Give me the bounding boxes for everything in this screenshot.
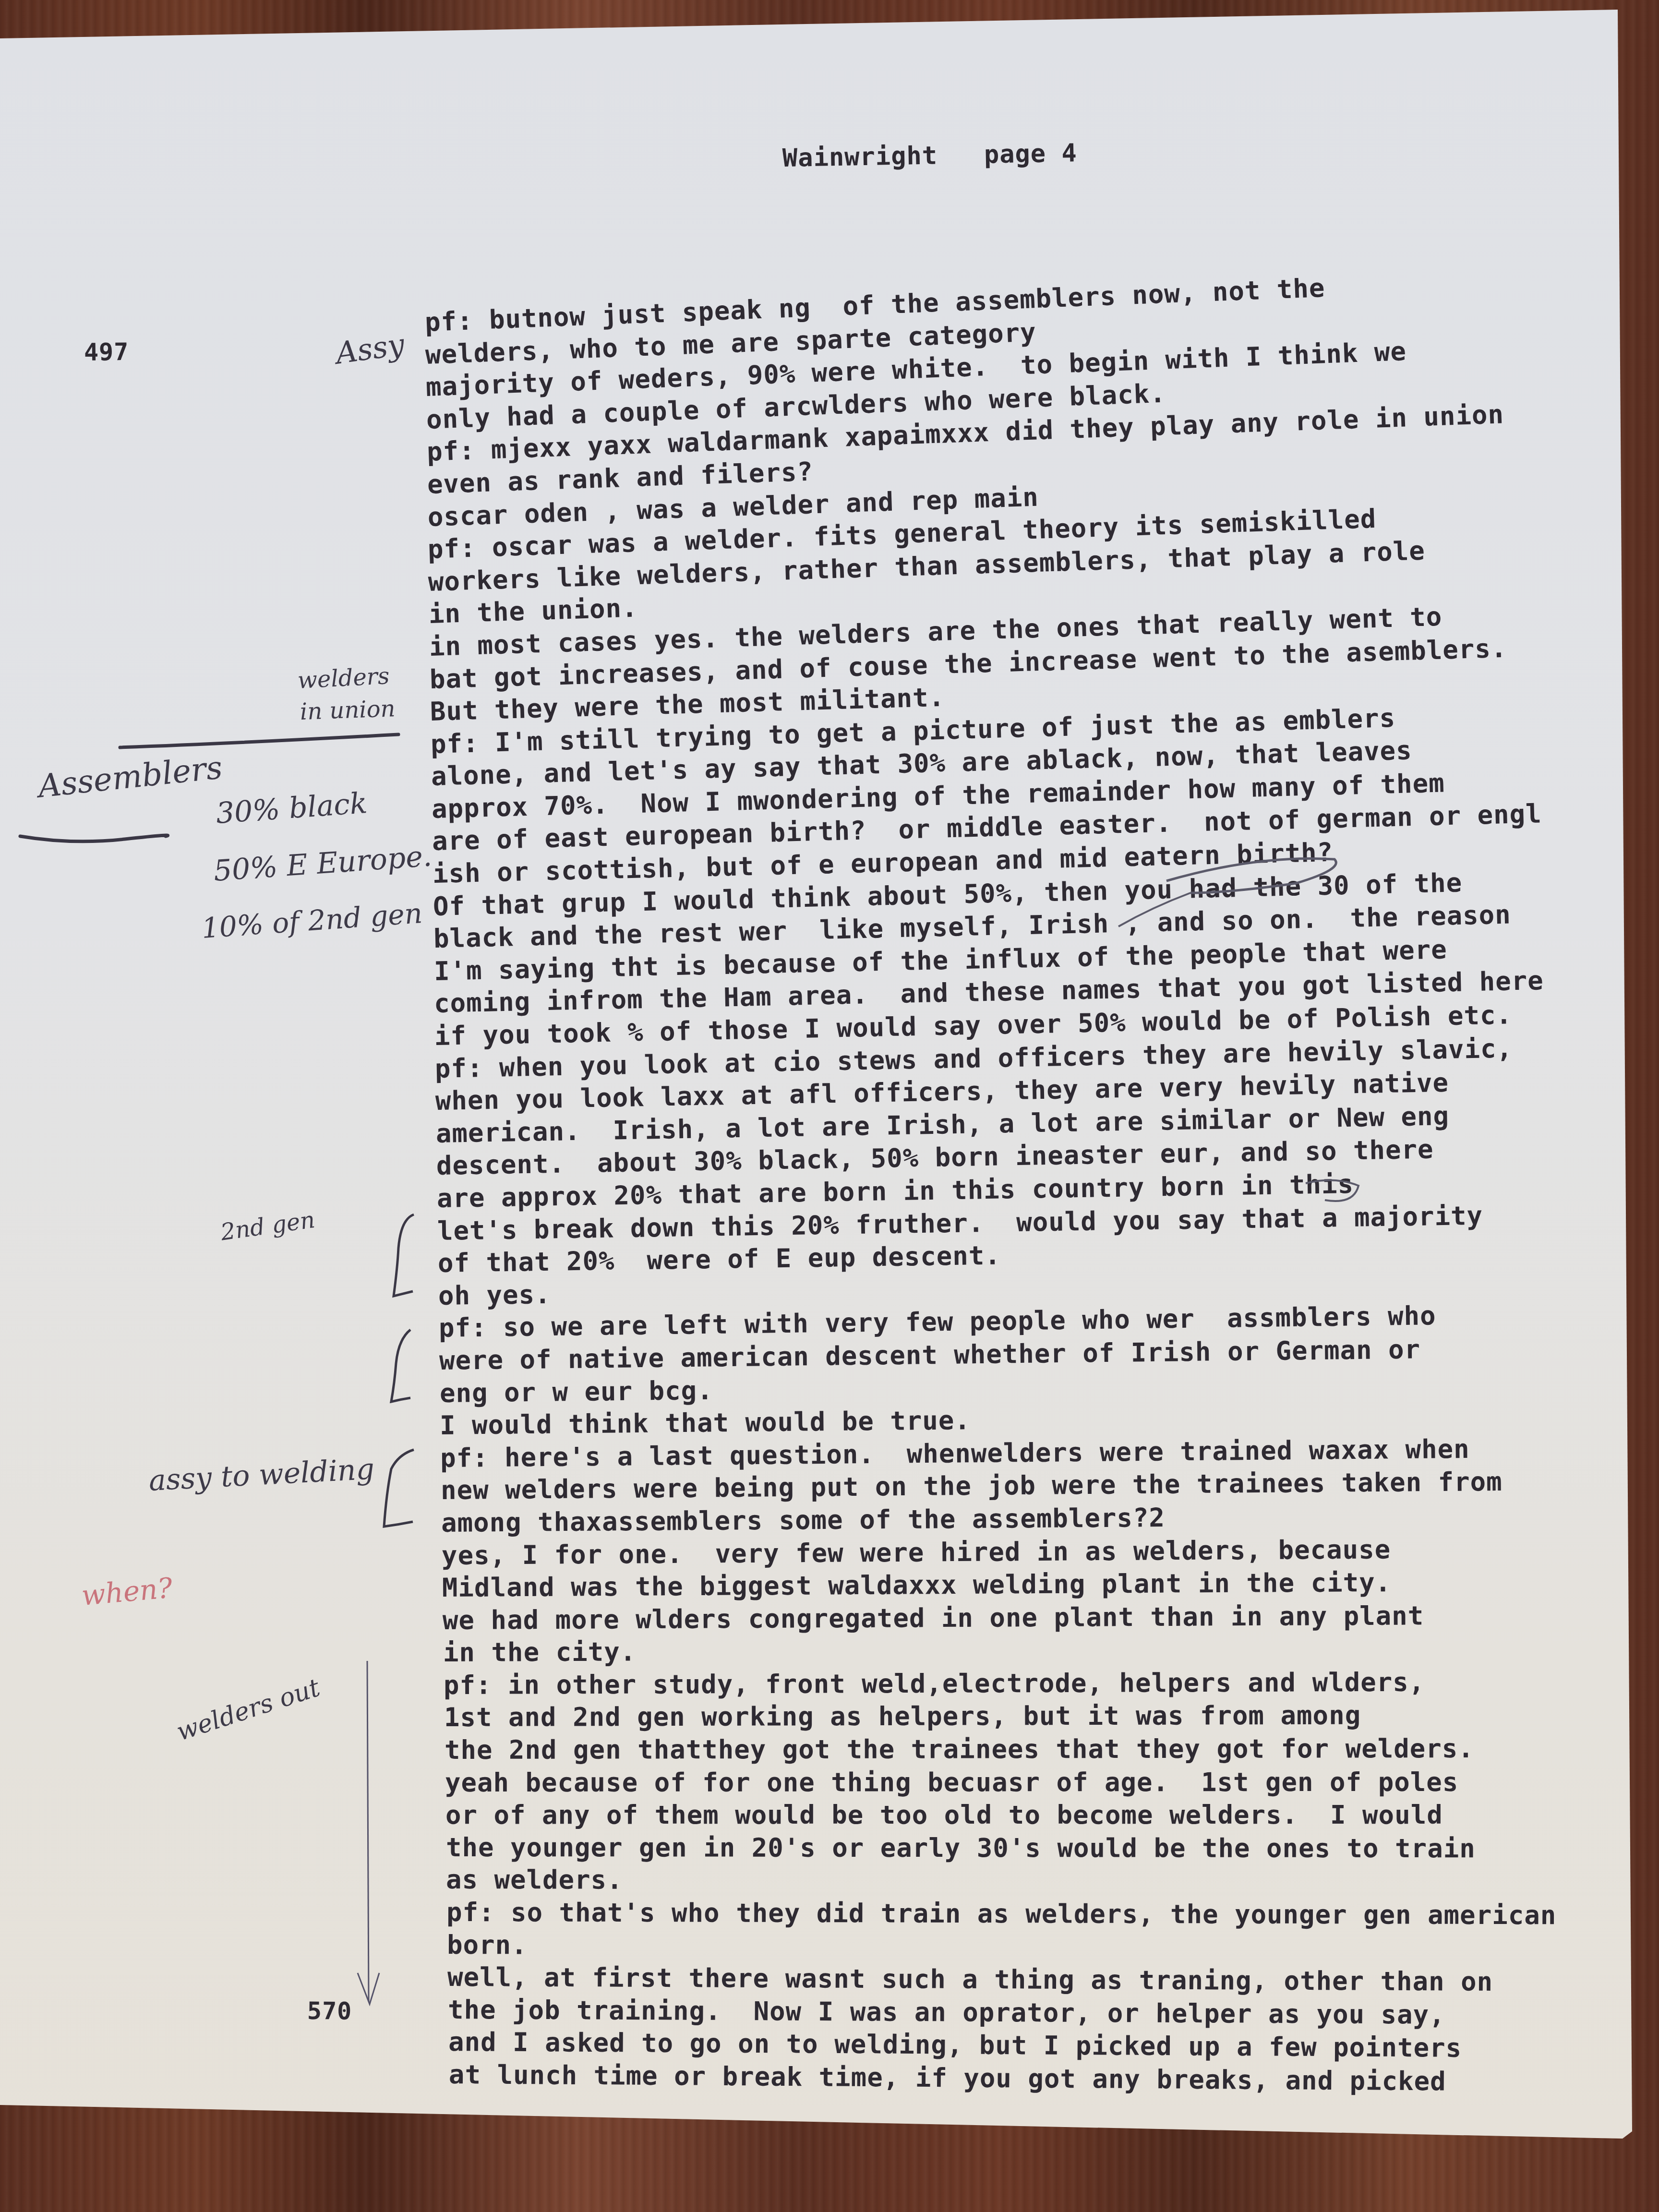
transcript-line: and I asked to go on to welding, but I p… — [448, 2027, 1462, 2063]
transcript-line: the 2nd gen thatthey got the trainees th… — [445, 1733, 1474, 1765]
transcript-line: born. — [447, 1930, 528, 1960]
transcript-line: yeah because of for one thing becuasr of… — [445, 1767, 1458, 1798]
line-number-end: 570 — [307, 1997, 352, 2025]
transcript-line: Midland was the biggest waldaxxx welding… — [442, 1567, 1391, 1603]
transcript-line: pf: so that's who they did train as weld… — [446, 1897, 1556, 1930]
transcript-line: as welders. — [446, 1864, 623, 1895]
page-header: Wainwright page 4 — [782, 139, 1077, 173]
transcript-line: 1st and 2nd gen working as helpers, but … — [444, 1700, 1361, 1732]
transcript-line: yes, I for one. very few were hired in a… — [442, 1534, 1391, 1571]
transcript-line: or of any of them would be too old to be… — [445, 1800, 1443, 1830]
note-in-union: in union — [300, 695, 396, 725]
transcript-line: well, at first there wasnt such a thing … — [447, 1962, 1493, 1997]
transcript-line: in the city. — [443, 1637, 636, 1668]
transcript-line: eng or w eur bcg. — [439, 1375, 713, 1408]
transcript-line: I would think that would be true. — [440, 1405, 971, 1441]
transcript-line: among thaxassemblers some of the assembl… — [441, 1503, 1165, 1538]
line-number-start: 497 — [84, 338, 129, 366]
transcript-line: the younger gen in 20's or early 30's wo… — [445, 1832, 1475, 1863]
transcript-line: pf: in other study, front weld,electrode… — [444, 1667, 1425, 1700]
transcript-line: oh yes. — [438, 1279, 551, 1311]
transcript-line: we had more wlders congregated in one pl… — [443, 1600, 1424, 1635]
note-welders: welders — [297, 662, 390, 694]
transcript-line: the job training. Now I was an oprator, … — [448, 1995, 1445, 2030]
